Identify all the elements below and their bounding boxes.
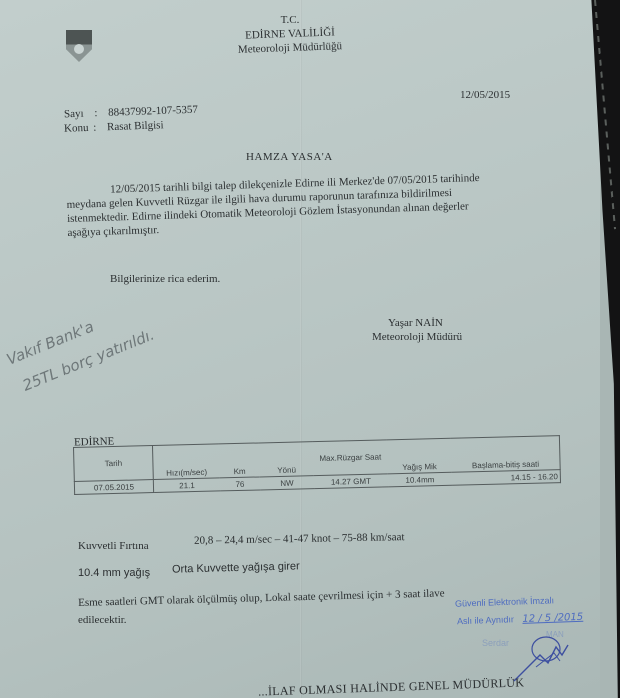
- cell-rain-amount: 10.4mm: [388, 472, 452, 487]
- header-yonu: Yönü: [259, 442, 314, 477]
- header-tarih: Tarih: [74, 446, 154, 482]
- header-km: Km: [219, 443, 260, 478]
- header-rain-amount: Yağış Mik: [387, 438, 452, 474]
- weather-data-table: Tarih Hızı(m/sec) Km Yönü Max.Rüzgar Saa…: [73, 435, 561, 495]
- sayi-value: 88437992-107-5357: [108, 104, 198, 119]
- gmt-note-line2: edilecektir.: [78, 613, 127, 627]
- rain-amount: 10.4 mm yağış: [78, 567, 150, 579]
- header-max-wind-time: Max.Rüzgar Saat: [313, 440, 388, 476]
- closing-line: Bilgilerinize rica ederim.: [110, 272, 220, 286]
- body-paragraph: 12/05/2015 tarihli bilgi talep dilekçeni…: [66, 170, 528, 240]
- signatory-title: Meteoroloji Müdürü: [372, 330, 462, 344]
- konu-value: Rasat Bilgisi: [107, 119, 164, 133]
- cell-yonu: NW: [260, 476, 314, 490]
- certified-copy-label: Aslı ile Aynıdır: [457, 614, 514, 626]
- header-start-end: Başlama-bitiş saati: [451, 436, 560, 473]
- cell-tarih: 07.05.2015: [74, 480, 153, 495]
- stamp-faded-name: Serdar: [482, 638, 509, 648]
- letterhead-department: Meteoroloji Müdürlüğü: [215, 39, 365, 56]
- crest-logo-icon: [66, 30, 92, 62]
- cell-max-wind-time: 14.27 GMT: [314, 474, 388, 489]
- stamp-handwritten-date: 12 / 5 /2015: [522, 612, 583, 625]
- signatory-name: Yaşar NAİN: [388, 316, 443, 330]
- storm-range: 20,8 – 24,4 m/sec – 41-47 knot – 75-88 k…: [194, 530, 405, 548]
- cell-start-end: 14.15 - 16.20: [452, 470, 561, 486]
- rain-classification: Orta Kuvvette yağışa girer: [172, 560, 300, 575]
- letterhead-tc: T.C.: [220, 14, 360, 26]
- footer-text: ...İLAF OLMASI HALİNDE GENEL MÜDÜRLÜK: [258, 675, 525, 698]
- header-hiz: Hızı(m/sec): [152, 444, 219, 480]
- recipient: HAMZA YASA'A: [246, 150, 333, 164]
- konu-label: Konu: [64, 122, 89, 135]
- storm-label: Kuvvetli Fırtına: [78, 539, 149, 553]
- letter-date: 12/05/2015: [460, 88, 510, 102]
- gmt-note-line1: Esme saatleri GMT olarak ölçülmüş olup, …: [78, 586, 445, 610]
- document-page: T.C. EDİRNE VALİLİĞİ Meteoroloji Müdürlü…: [0, 0, 600, 698]
- cell-km: 76: [220, 477, 260, 491]
- sayi-label: Sayı: [64, 108, 84, 121]
- konu-row: Konu : Rasat Bilgisi: [64, 118, 164, 135]
- cell-hiz: 21.1: [153, 478, 220, 493]
- e-signature-stamp: Güvenli Elektronik İmzalı: [455, 595, 554, 608]
